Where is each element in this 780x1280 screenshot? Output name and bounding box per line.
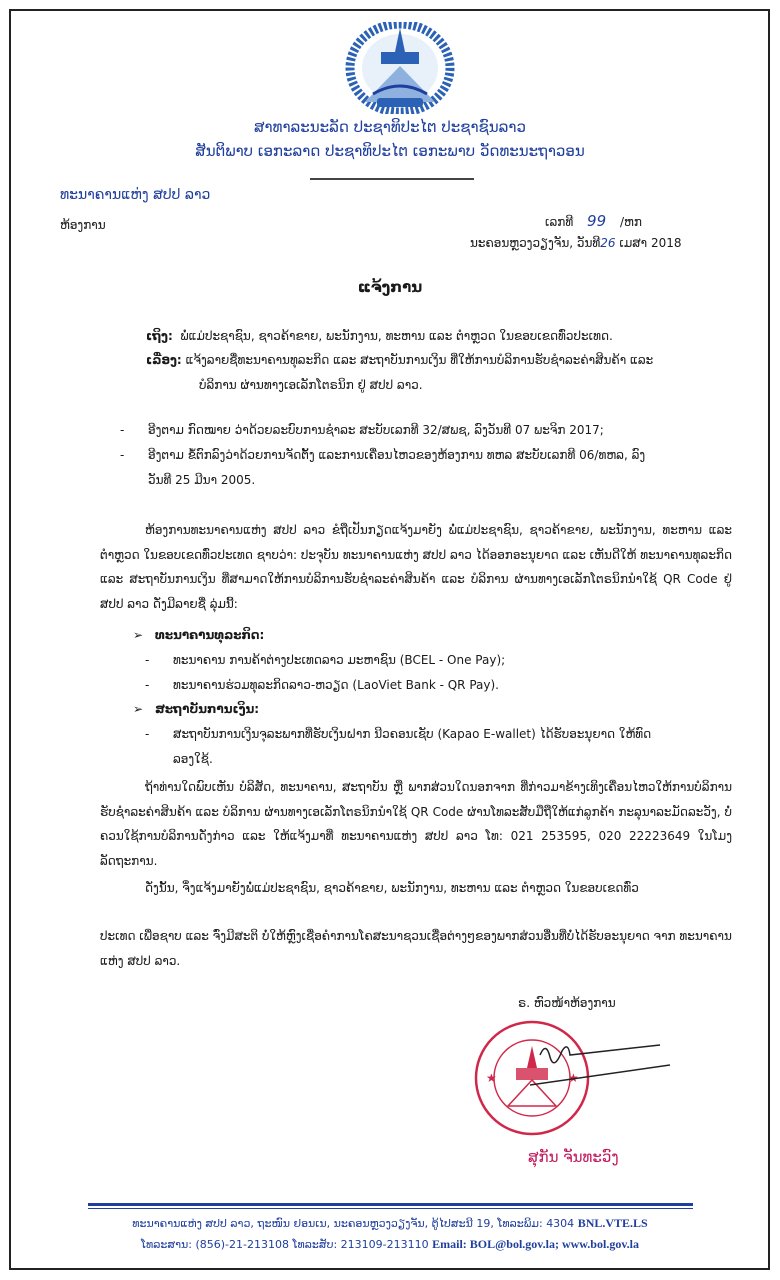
svg-text:★: ★ — [486, 1071, 497, 1085]
list-item: -ສະຖາບັນການເງິນຈຸລະພາກທີ່ຮັບເງິນຝາກ ນີວຄ… — [145, 722, 735, 772]
legal-reference: -ອີງຕາມ ກົດໝາຍ ວ່າດ້ວຍລະບົບການຊຳລະ ສະບັບ… — [120, 418, 730, 443]
reference-suffix: /ຫກ — [620, 215, 642, 229]
header-divider — [310, 178, 474, 180]
body-warning: ຖ້າທ່ານໃດພົບເຫັນ ບໍລິສັດ, ທະນາຄານ, ສະຖາບ… — [100, 775, 732, 873]
document-date: ນະຄອນຫຼວງວຽງຈັນ, ວັນທີ26 ເມສາ 2018 — [470, 236, 682, 250]
legal-reference: -ອີງຕາມ ຂໍ້ຕົກລົງວ່າດ້ວຍການຈັດຕັ້ງ ແລະກາ… — [120, 443, 730, 493]
organization-name: ທະນາຄານແຫ່ງ ສປປ ລາວ — [60, 187, 210, 203]
body-intro: ຫ້ອງການທະນາຄານແຫ່ງ ສປປ ລາວ ຂໍຖືເປັນກຽດແຈ… — [100, 518, 732, 616]
subject-label: ເລື່ອງ: — [146, 353, 182, 367]
body-closing-2: ປະເທດ ເພື່ອຊາບ ແລະ ຈົ່ງມີສະຕິ ບໍ່ໃຫ້ຫຼົງ… — [100, 924, 732, 974]
footer-divider — [88, 1203, 693, 1206]
date-day: 26 — [600, 236, 615, 250]
country-name: ສາທາລະນະລັດ ປະຊາທິປະໄຕ ປະຊາຊົນລາວ — [0, 118, 780, 136]
national-motto: ສັນຕິພາບ ເອກະລາດ ປະຊາທິປະໄຕ ເອກະພາບ ວັດທ… — [0, 142, 780, 160]
list-item: -ທະນາຄານ ການຄ້າຕ່າງປະເທດລາວ ມະຫາຊົນ (BCE… — [145, 648, 735, 673]
lao-emblem-icon — [345, 22, 455, 114]
arrow-bullet-icon: ➢ — [133, 623, 155, 648]
body-closing-1: ດັ່ງນັ້ນ, ຈຶ່ງແຈ້ງມາຍັງພໍ່ແມ່ປະຊາຊົນ, ຊາ… — [100, 876, 732, 901]
signatory-name: ສຸກັນ ຈັນທະວົງ — [528, 1148, 619, 1166]
signatory-title: ຣ. ຫົວໜ້າຫ້ອງການ — [518, 996, 616, 1010]
subject: ເລື່ອງ: ແຈ້ງລາຍຊື່ທະນາຄານທຸລະກິດ ແລະ ສະຖ… — [146, 348, 736, 398]
reference-value: 99 — [587, 212, 606, 230]
reference-label: ເລກທີ — [545, 215, 573, 229]
footer-contact: ໂທລະສານ: (856)-21-213108 ໂທລະສັບ: 213109… — [0, 1237, 780, 1252]
handwritten-signature-icon — [520, 1035, 670, 1095]
document-title: ແຈ້ງການ — [0, 278, 780, 296]
arrow-bullet-icon: ➢ — [133, 697, 155, 722]
subject-line-1: ແຈ້ງລາຍຊື່ທະນາຄານທຸລະກິດ ແລະ ສະຖາບັນການເ… — [186, 353, 654, 367]
addressee-text: ພໍ່ແມ່ປະຊາຊົນ, ຊາວຄ້າຂາຍ, ພະນັກງານ, ທະຫາ… — [180, 329, 612, 343]
group-heading: ➢ທະນາຄານທຸລະກິດ: — [133, 623, 264, 648]
subject-line-2: ບໍລິການ ຜ່ານທາງເອເລັກໂຕຣນິກ ຢູ່ ສປປ ລາວ. — [146, 373, 736, 398]
footer-divider — [88, 1208, 693, 1209]
list-item: -ທະນາຄານຮ່ວມທຸລະກິດລາວ-ຫວຽດ (LaoViet Ban… — [145, 673, 735, 698]
group-heading: ➢ສະຖາບັນການເງິນ: — [133, 697, 259, 722]
department-name: ຫ້ອງການ — [60, 218, 106, 232]
addressee-label: ເຖິງ: — [146, 329, 173, 343]
addressee: ເຖິງ: ພໍ່ແມ່ປະຊາຊົນ, ຊາວຄ້າຂາຍ, ພະນັກງານ… — [146, 324, 613, 349]
reference-number: ເລກທີ 99 /ຫກ — [545, 212, 642, 230]
footer-address: ທະນາຄານແຫ່ງ ສປປ ລາວ, ຖະໜົນ ຢອນເນ, ນະຄອນຫ… — [0, 1216, 780, 1231]
footer-email-link[interactable]: Email: BOL@bol.gov.la; www.bol.gov.la — [432, 1237, 639, 1251]
